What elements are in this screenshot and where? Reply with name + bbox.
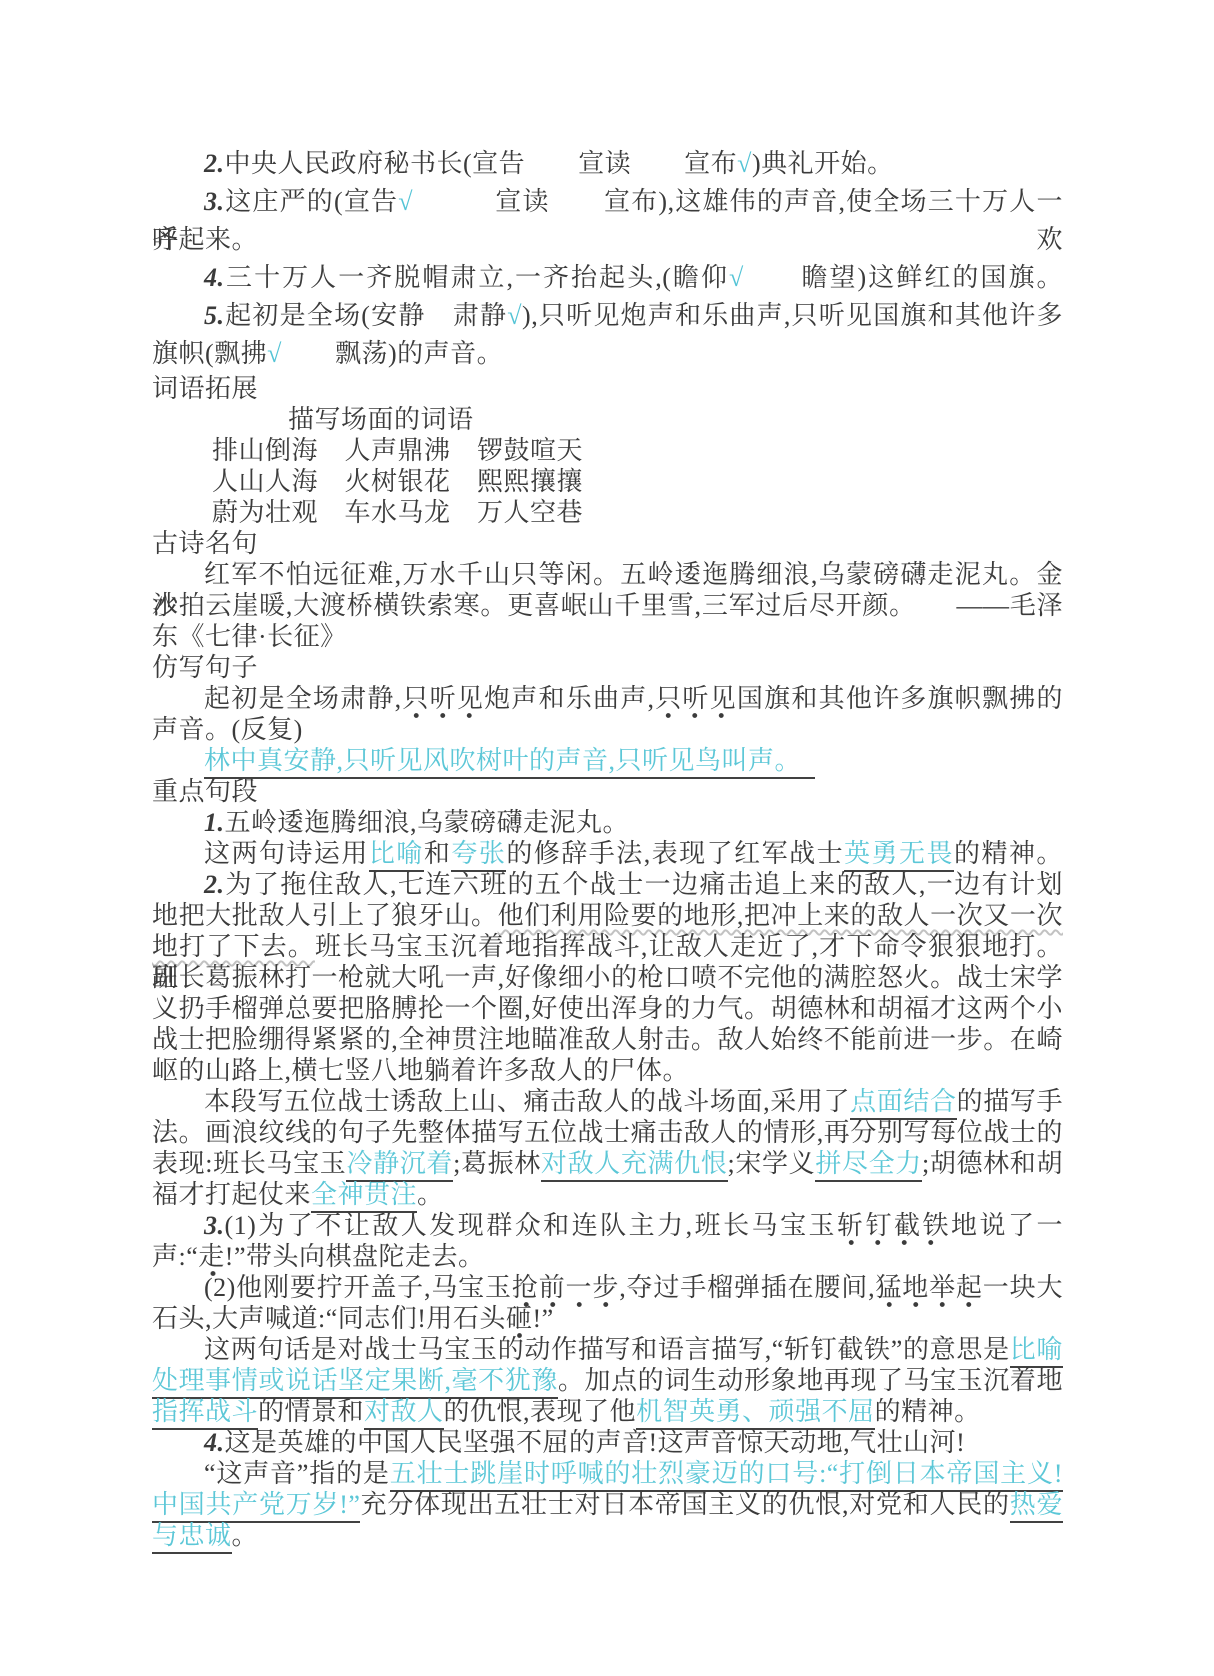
text: !” (532, 1304, 553, 1333)
text: 。加点的词生动形象地再现了马宝玉沉着地 (558, 1366, 1063, 1395)
wavy-underlined-text: 地打了下去。 (152, 932, 315, 961)
text: 水拍云崖暖,大渡桥横铁索寒。更喜岷山千里雪,三军过后尽开颜。 ——毛泽 (152, 591, 1063, 620)
text: “这声音”指的是 (204, 1459, 390, 1488)
text: 古诗名句 (152, 529, 258, 558)
text-line: 中国共产党万岁!”充分体现出五壮士对日本帝国主义的仇恨,对党和人民的热爱 (152, 1489, 1063, 1520)
text-line: 排山倒海 人声鼎沸 锣鼓喧天 (212, 435, 1063, 466)
section-header: 仿写句子 (152, 652, 1063, 683)
text: 五岭逶迤腾细浪,乌蒙磅礴走泥丸。 (225, 808, 630, 837)
answer-text: 全神贯注 (311, 1180, 417, 1213)
item-number: 3. (204, 1211, 225, 1240)
text: 班长葛振林打一枪就大吼一声,好像细小的枪口喷不完他的满腔怒火。战士宋学 (152, 963, 1063, 992)
text: 这庄严的(宣告 (225, 187, 399, 216)
section-header: 重点句段 (152, 776, 1063, 807)
text-line: 2.为了拖住敌人,七连六班的五个战士一边痛击追上来的敌人,一边有计划 (152, 869, 1063, 900)
text: 法。画浪纹线的句子先整体描写五位战士痛击敌人的情形,再分别写每位战士的 (152, 1118, 1063, 1147)
text: 描写场面的词语 (288, 405, 474, 434)
text: 蔚为壮观 车水马龙 万人空巷 (212, 498, 583, 527)
text: 的精神。 (954, 839, 1063, 868)
text-line: 战士把脸绷得紧紧的,全神贯注地瞄准敌人射击。敌人始终不能前进一步。在崎 (152, 1024, 1063, 1055)
answer-text: 中国共产党万岁!” (152, 1490, 360, 1523)
text-line: 福才打起仗来全神贯注。 (152, 1179, 1063, 1210)
text: 的描写手 (957, 1087, 1063, 1116)
text-line: 这两句话是对战士马宝玉的动作描写和语言描写,“斩钉截铁”的意思是比喻 (152, 1334, 1063, 1365)
text-line: 水拍云崖暖,大渡桥横铁索寒。更喜岷山千里雪,三军过后尽开颜。 ——毛泽 (152, 590, 1063, 621)
text: 起初是全场肃静, (204, 684, 402, 713)
text-line: 岖的山路上,横七竖八地躺着许多敌人的尸体。 (152, 1055, 1063, 1086)
document-page: 2.中央人民政府秘书长(宣告 宣读 宣布√)典礼开始。3.这庄严的(宣告√ 宣读… (0, 0, 1214, 1676)
text-line: 4.这是英雄的中国人民坚强不屈的声音!这声音惊天动地,气壮山河! (152, 1427, 1063, 1458)
text-line: 红军不怕远征难,万水千山只等闲。五岭逶迤腾细浪,乌蒙磅礴走泥丸。金沙 (152, 559, 1063, 590)
text: 岖的山路上,横七竖八地躺着许多敌人的尸体。 (152, 1056, 689, 1085)
checkmark-icon: √ (507, 301, 522, 330)
answer-text: 拼尽全力 (815, 1149, 922, 1182)
text: 地说了一 (951, 1211, 1063, 1240)
answer-text: 比喻 (1010, 1335, 1063, 1368)
text-line: 1.五岭逶迤腾细浪,乌蒙磅礴走泥丸。 (152, 807, 1063, 838)
text-line: 地打了下去。班长马宝玉沉着地指挥战斗,让敌人走近了,才下命令狠狠地打。副 (152, 931, 1063, 962)
checkmark-icon: √ (729, 263, 744, 292)
text: 石头,大声喊道:“同志们!用石头 (152, 1304, 506, 1333)
text-line: 3.(1)为了不让敌人发现群众和连队主力,班长马宝玉斩钉截铁地说了一 (152, 1210, 1063, 1241)
text-line: 本段写五位战士诱敌上山、痛击敌人的战斗场面,采用了点面结合的描写手 (152, 1086, 1063, 1117)
section-header: 词语拓展 (152, 373, 1063, 404)
text-line: 指挥战斗的情景和对敌人的仇恨,表现了他机智英勇、顽强不屈的精神。 (152, 1396, 1063, 1427)
answer-text: 处理事情或说话坚定果断,毫不犹豫 (152, 1366, 558, 1399)
text: 。 (417, 1180, 444, 1209)
item-number: 3. (204, 187, 225, 216)
text-line: (2)他刚要拧开盖子,马宝玉抢前一步,夺过手榴弹插在腰间,猛地举起一块大 (152, 1272, 1063, 1303)
document-content: 2.中央人民政府秘书长(宣告 宣读 宣布√)典礼开始。3.这庄严的(宣告√ 宣读… (152, 145, 1063, 1551)
text: ;宋学义 (728, 1149, 816, 1178)
text: 的仇恨,表现了他 (444, 1397, 637, 1426)
text: 为了拖住敌人,七连六班的五个战士一边痛击追上来的敌人,一边有计划 (225, 870, 1064, 899)
text-line: 林中真安静,只听见风吹树叶的声音,只听见鸟叫声。 (152, 745, 1063, 776)
text-line: 4.三十万人一齐脱帽肃立,一齐抬起头,(瞻仰√ 瞻望)这鲜红的国旗。 (152, 259, 1063, 297)
item-number: 1. (204, 808, 225, 837)
text: 中央人民政府秘书长(宣告 宣读 宣布 (225, 149, 738, 178)
emphasis-dotted-text: 走 (198, 1242, 225, 1276)
text-line: 处理事情或说话坚定果断,毫不犹豫。加点的词生动形象地再现了马宝玉沉着地 (152, 1365, 1063, 1396)
text: 旗帜(飘拂 (152, 339, 267, 368)
text-line: 起初是全场肃静,只听见炮声和乐曲声,只听见国旗和其他许多旗帜飘拂的 (152, 683, 1063, 714)
answer-text: 夸张 (451, 839, 506, 872)
text-line: 这两句诗运用比喻和夸张的修辞手法,表现了红军战士英勇无畏的精神。 (152, 838, 1063, 869)
emphasis-dotted-text: 只听见 (654, 684, 736, 718)
text: 国旗和其他许多旗帜飘拂的 (737, 684, 1063, 713)
answer-text: 对敌人 (364, 1397, 444, 1430)
emphasis-dotted-text: 斩钉截铁 (837, 1211, 951, 1245)
text: 充分体现出五壮士对日本帝国主义的仇恨,对党和人民的 (360, 1490, 1009, 1519)
text: (2)他刚要拧开盖子,马宝玉 (204, 1273, 512, 1302)
emphasis-dotted-text: 只听见 (402, 684, 484, 718)
text: 排山倒海 人声鼎沸 锣鼓喧天 (212, 436, 583, 465)
text: 的修辞手法,表现了红军战士 (506, 839, 844, 868)
item-number: 4. (204, 263, 225, 292)
item-number: 4. (204, 1428, 225, 1457)
text: ),只听见炮声和乐曲声,只听见国旗和其他许多 (522, 301, 1063, 330)
text-line: 法。画浪纹线的句子先整体描写五位战士痛击敌人的情形,再分别写每位战士的 (152, 1117, 1063, 1148)
checkmark-icon: √ (398, 187, 413, 216)
text: 的精神。 (875, 1397, 981, 1426)
text: 。 (232, 1521, 259, 1550)
answer-text: 林中真安静,只听见风吹树叶的声音,只听见鸟叫声。 (204, 746, 815, 779)
text: 重点句段 (152, 777, 258, 806)
text: ;胡德林和胡 (922, 1149, 1063, 1178)
item-number: 2. (204, 870, 225, 899)
text: 本段写五位战士诱敌上山、痛击敌人的战斗场面,采用了 (204, 1087, 850, 1116)
text: 这两句诗运用 (204, 839, 369, 868)
answer-text: 冷静沉着 (346, 1149, 453, 1182)
text-line: 旗帜(飘拂√ 飘荡)的声音。 (152, 335, 1063, 373)
section-header: 古诗名句 (152, 528, 1063, 559)
text-line: 声音。(反复) (152, 714, 1063, 745)
text: 一块大 (983, 1273, 1063, 1302)
text: )典礼开始。 (752, 149, 894, 178)
answer-text: 与忠诚 (152, 1521, 232, 1554)
emphasis-dotted-text: 抢前一步 (512, 1273, 619, 1307)
emphasis-dotted-text: 猛地举起 (875, 1273, 983, 1307)
text-line: 5.起初是全场(安静 肃静√),只听见炮声和乐曲声,只听见国旗和其他许多 (152, 297, 1063, 335)
answer-text: 英勇无畏 (844, 839, 954, 872)
answer-text: 指挥战斗 (152, 1397, 258, 1430)
text-line: 表现:班长马宝玉冷静沉着;葛振林对敌人充满仇恨;宋学义拼尽全力;胡德林和胡 (152, 1148, 1063, 1179)
text: ,夺过手榴弹插在腰间, (619, 1273, 875, 1302)
text: 福才打起仗来 (152, 1180, 311, 1209)
text-line: 地把大批敌人引上了狼牙山。他们利用险要的地形,把冲上来的敌人一次又一次 (152, 900, 1063, 931)
text: 和 (424, 839, 451, 868)
text: 声:“ (152, 1242, 198, 1271)
text: 仿写句子 (152, 653, 258, 682)
checkmark-icon: √ (737, 149, 752, 178)
text: 炮声和乐曲声, (484, 684, 654, 713)
answer-text: 比喻 (369, 839, 424, 872)
text: 声音。(反复) (152, 715, 303, 744)
text: 人山人海 火树银花 熙熙攘攘 (212, 467, 583, 496)
text: 三十万人一齐脱帽肃立,一齐抬起头,(瞻仰 (225, 263, 730, 292)
answer-text: 机智英勇、顽强不屈 (636, 1397, 875, 1430)
text: !”带头向棋盘陀走去。 (225, 1242, 485, 1271)
answer-text: 对敌人充满仇恨 (541, 1149, 728, 1182)
text-line: 石头,大声喊道:“同志们!用石头砸!” (152, 1303, 1063, 1334)
text: 地把大批敌人引上了狼牙山。 (152, 901, 498, 930)
text: 表现:班长马宝玉 (152, 1149, 346, 1178)
text-line: 2.中央人民政府秘书长(宣告 宣读 宣布√)典礼开始。 (152, 145, 1063, 183)
text-line: 声:“走!”带头向棋盘陀走去。 (152, 1241, 1063, 1272)
text: 这是英雄的中国人民坚强不屈的声音!这声音惊天动地,气壮山河! (225, 1428, 966, 1457)
text: 瞻望)这鲜红的国旗。 (744, 263, 1063, 292)
text-line: 3.这庄严的(宣告√ 宣读 宣布),这雄伟的声音,使全场三十万人一齐欢 (152, 183, 1063, 221)
text: (1)为了不让敌人发现群众和连队主力,班长马宝玉 (225, 1211, 838, 1240)
text: ;葛振林 (453, 1149, 541, 1178)
checkmark-icon: √ (267, 339, 282, 368)
text: 飘荡)的声音。 (282, 339, 503, 368)
text: 起初是全场(安静 肃静 (225, 301, 508, 330)
text-line: 蔚为壮观 车水马龙 万人空巷 (212, 497, 1063, 528)
emphasis-dotted-text: 砸 (506, 1304, 533, 1338)
wavy-underlined-text: 他们利用险要的地形,把冲上来的敌人一次又一次 (498, 901, 1063, 930)
text: 东《七律·长征》 (152, 622, 347, 651)
text: 呼起来。 (152, 225, 258, 254)
text-line: 人山人海 火树银花 熙熙攘攘 (212, 466, 1063, 497)
text-line: 东《七律·长征》 (152, 621, 1063, 652)
text: 战士把脸绷得紧紧的,全神贯注地瞄准敌人射击。敌人始终不能前进一步。在崎 (152, 1025, 1063, 1054)
text-line: 与忠诚。 (152, 1520, 1063, 1551)
text: 的情景和 (258, 1397, 364, 1426)
text: 义扔手榴弹总要把胳膊抡一个圈,好使出浑身的力气。胡德林和胡福才这两个小 (152, 994, 1063, 1023)
item-number: 5. (204, 301, 225, 330)
text-line: 描写场面的词语 (288, 404, 1063, 435)
text-line: “这声音”指的是五壮士跳崖时呼喊的壮烈豪迈的口号:“打倒日本帝国主义! (152, 1458, 1063, 1489)
text: 词语拓展 (152, 374, 258, 403)
text-line: 班长葛振林打一枪就大吼一声,好像细小的枪口喷不完他的满腔怒火。战士宋学 (152, 962, 1063, 993)
text-line: 义扔手榴弹总要把胳膊抡一个圈,好使出浑身的力气。胡德林和胡福才这两个小 (152, 993, 1063, 1024)
text: 这两句话是对战士马宝玉的动作描写和语言描写,“斩钉截铁”的意思是 (204, 1335, 1010, 1364)
answer-text: 热爱 (1010, 1490, 1063, 1523)
answer-text: 点面结合 (850, 1087, 957, 1120)
item-number: 2. (204, 149, 225, 178)
answer-text: 五壮士跳崖时呼喊的壮烈豪迈的口号:“打倒日本帝国主义! (390, 1459, 1063, 1492)
